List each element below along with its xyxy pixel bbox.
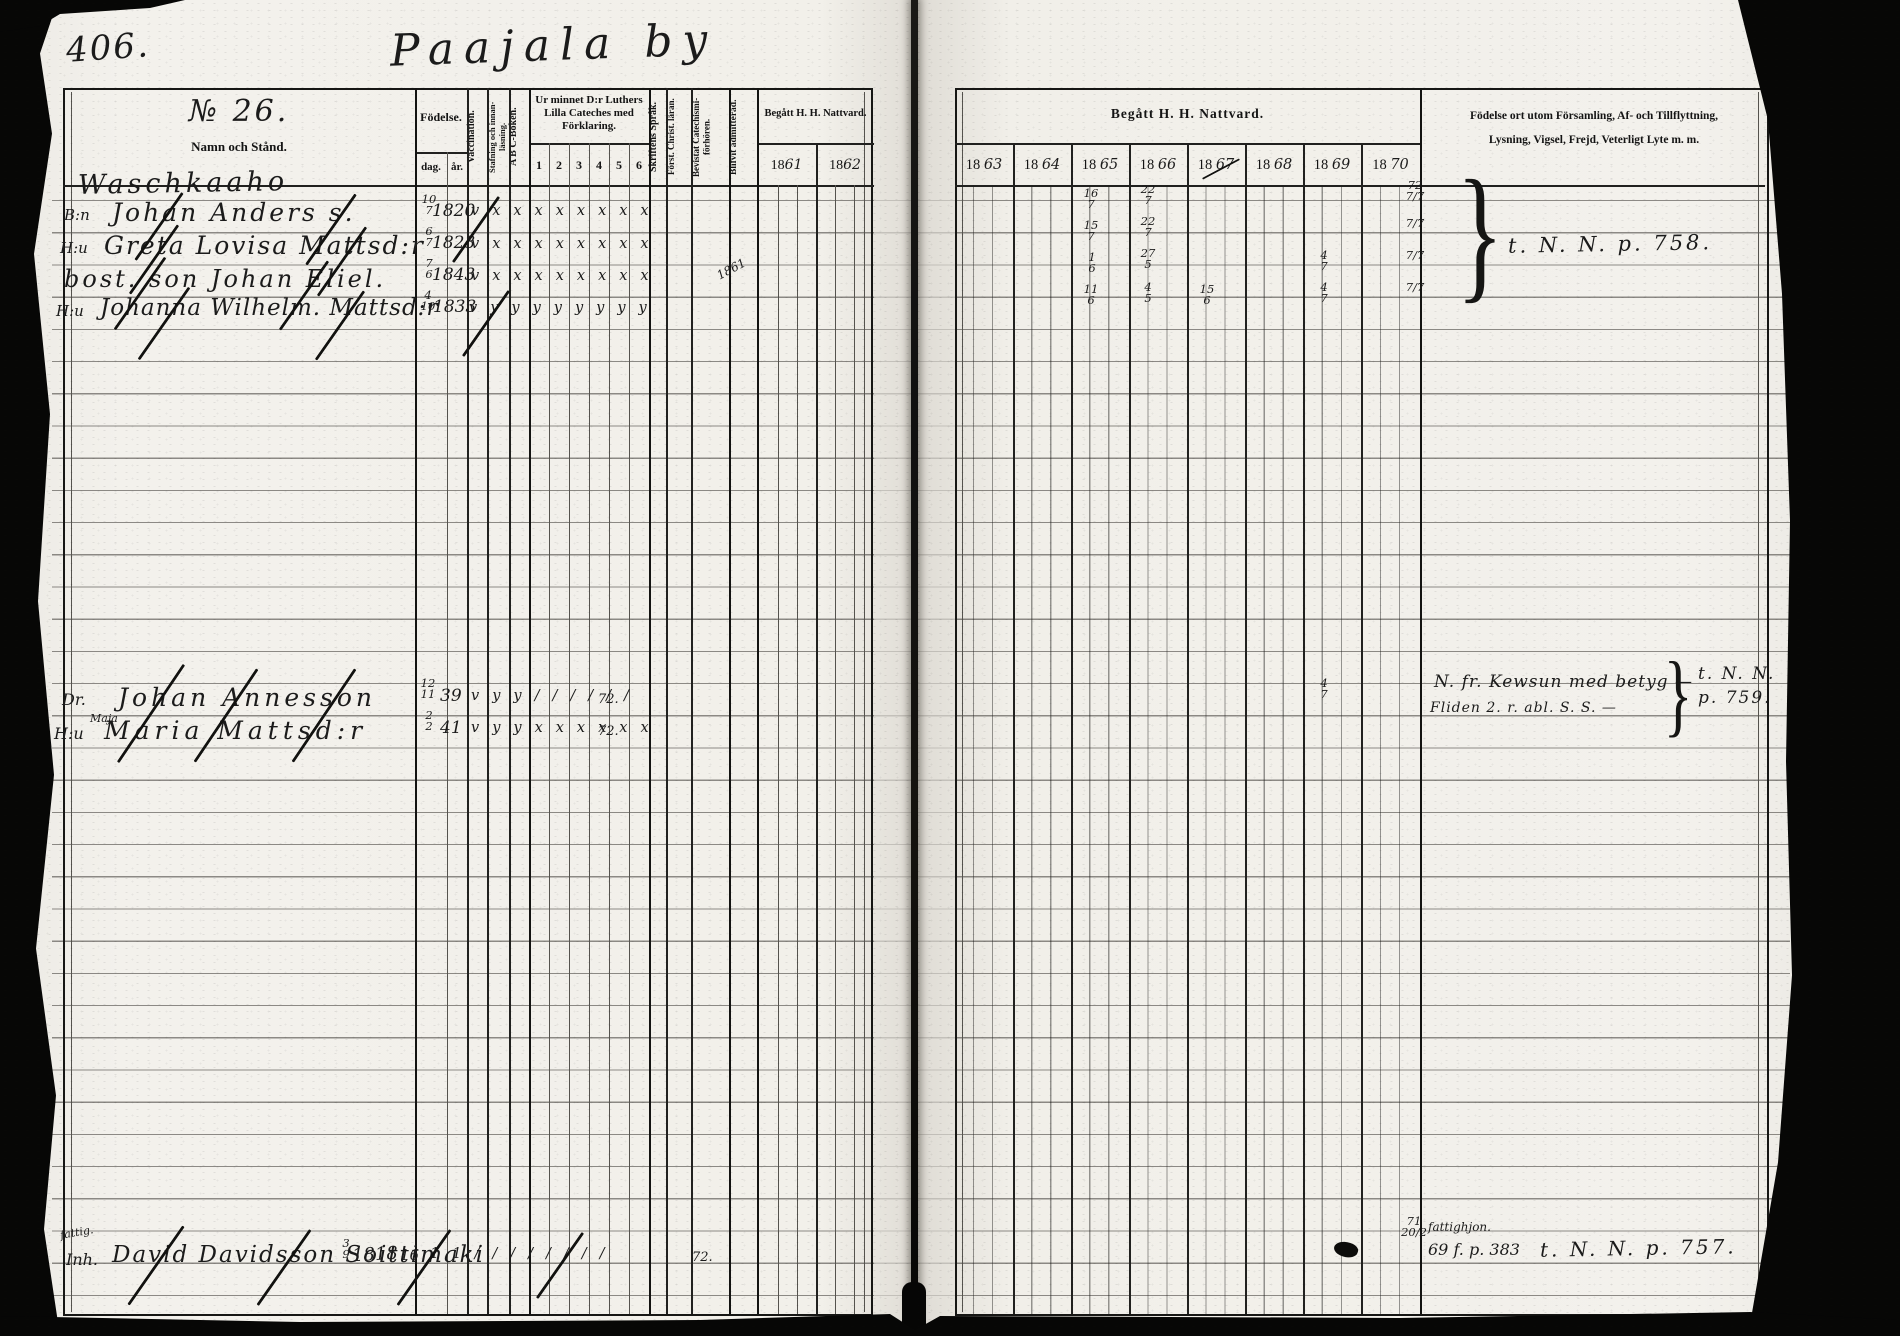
entry-row-1-birth-year: 1820 (432, 201, 475, 221)
entry-row-7-prefix: Inh. (66, 1250, 98, 1269)
row-1-communion-1865: 16 7 (1076, 188, 1106, 210)
year-1863-header: 18 63 (955, 157, 1013, 174)
year-1866-header: 18 66 (1129, 157, 1187, 174)
communion-group-header-right: Begått H. H. Nattvard. (955, 106, 1420, 122)
skriftens-sprak-column-header: Skriftens Språk. (649, 92, 666, 182)
bottom-note-small: fattighjon. (1428, 1220, 1491, 1234)
notes-column-header-line1: Födelse ort utom Församling, Af- och Til… (1424, 110, 1764, 122)
page-title: Paajala by (389, 14, 718, 76)
year-1870-header: 18 70 (1361, 157, 1420, 174)
year-1869-header: 18 69 (1303, 157, 1361, 174)
entry-row-5-prefix: Dr. (62, 690, 86, 709)
entry-row-3-birth-year: 1843 (432, 265, 475, 285)
year-1864-header: 18 64 (1013, 157, 1071, 174)
year-1861-header: 1861 (757, 157, 816, 174)
cateches-group-header: Ur minnet D:r Luthers Lilla Cateches med… (531, 94, 647, 133)
mid-note-reference: t. N. N. p. 759. (1698, 662, 1775, 710)
scanned-parish-register: 406. Paajala by № 26. Namn och Stånd. Fö… (0, 0, 1900, 1336)
entry-row-7-birth-year: 1818 (351, 1243, 398, 1266)
entry-row-7-marks: 11//////// (430, 1246, 618, 1262)
entry-row-5-birth-year: 39 (440, 686, 462, 706)
stafning-column-header: Stafning och innan-läsning. (487, 92, 509, 182)
year-1868-header: 18 68 (1245, 157, 1303, 174)
cateches-col-5: 5 (609, 158, 629, 173)
row-3-communion-1870: 7/7 (1400, 250, 1430, 261)
row-3-communion-1869: 4 7 (1310, 250, 1338, 272)
entry-row-2-prefix: H:u (60, 239, 88, 257)
entry-row-4-prefix: H:u (56, 302, 84, 320)
entry-row-7-extra-mark: 16 (400, 1246, 419, 1264)
cateches-col-1: 1 (529, 158, 549, 173)
row-2-communion-1866: 22 7 (1133, 216, 1163, 238)
bevistat-catechismi-column-header: Bevistat Catechismi-förhören. (691, 92, 729, 182)
birth-column-header: Födelse. (415, 110, 467, 125)
forst-christ-laran-column-header: Först. Christ. läran. (666, 92, 691, 182)
notes-column-header-line2: Lysning, Vigsel, Frejd, Veterligt Lyte m… (1424, 134, 1764, 146)
top-note-reference: t. N. N. p. 758. (1508, 230, 1712, 258)
entry-row-5-forhoren-mark: 72. (598, 692, 619, 707)
scan-edge-top-left (0, 0, 190, 32)
entry-row-7-forhoren-mark: 72. (692, 1250, 713, 1265)
farm-name: Waschkaaho (78, 166, 289, 201)
row-1-communion-1866: 22 7 (1133, 184, 1163, 206)
record-number: № 26. (63, 94, 415, 129)
row-2-communion-1865: 15 7 (1076, 220, 1106, 242)
row-4-communion-1870: 7/7 (1400, 282, 1430, 293)
cateches-col-2: 2 (549, 158, 569, 173)
row-1-communion-1870: 72 7/7 (1398, 180, 1432, 202)
cateches-col-6: 6 (629, 158, 649, 173)
page-fold (911, 0, 918, 1336)
entry-row-6-birth-day: 2 2 (416, 710, 442, 732)
mid-note-line2: Fliden 2. r. abl. S. S. — (1430, 700, 1617, 716)
entry-row-1-name: Johan Anders s. (112, 198, 356, 227)
entry-row-6-marks: vyyxxxxxx (471, 720, 662, 736)
bottom-note: 69 f. p. 383 (1428, 1240, 1520, 1259)
entry-row-1-prefix: B:n (64, 206, 90, 224)
entry-row-1-marks: vxxxxxxxx (471, 203, 662, 219)
abc-boken-column-header: A B C-Boken. (509, 92, 529, 182)
birth-year-header: år. (447, 161, 467, 173)
year-1865-header: 18 65 (1071, 157, 1129, 174)
cateches-col-4: 4 (589, 158, 609, 173)
row-2-communion-1870: 7/7 (1400, 218, 1430, 229)
entry-row-6-birth-year: 41 (440, 718, 462, 738)
row-7-communion-1870: 71 20/2 (1396, 1216, 1432, 1238)
row-4-communion-1867: 15 6 (1192, 284, 1222, 306)
mid-note-brace: } (1664, 648, 1693, 740)
mid-note-line1: N. fr. Kewsun med betyg — (1434, 672, 1693, 692)
year-1862-header: 1862 (816, 157, 874, 174)
row-4-communion-1865: 11 6 (1076, 284, 1106, 306)
entry-row-6-prefix: H:u (54, 724, 84, 743)
page-number: 406. (65, 25, 151, 71)
bottom-note-reference: t. N. N. p. 757. (1540, 1234, 1737, 1261)
row-3-communion-1866: 27 5 (1133, 248, 1163, 270)
top-note-brace: } (1457, 158, 1504, 308)
birth-day-header: dag. (415, 161, 447, 173)
row-5-communion-1869: 4 7 (1310, 678, 1338, 700)
row-3-communion-1865: 1 6 (1078, 252, 1106, 274)
cateches-col-3: 3 (569, 158, 589, 173)
entry-row-6-forhoren-mark: 72. (598, 724, 619, 739)
row-4-communion-1869: 4 7 (1310, 282, 1338, 304)
entry-row-2-marks: vxxxxxxxx (471, 236, 662, 252)
name-column-header: Namn och Stånd. (63, 139, 415, 155)
communion-group-header-left: Begått H. H. Nattvard. (757, 108, 874, 119)
entry-row-5-birth-day: 12 11 (414, 678, 442, 700)
entry-row-3-marks: vxxxxxxxx (471, 268, 662, 284)
row-4-communion-1866: 4 5 (1133, 282, 1163, 304)
entry-row-4-name: Johanna Wilhelm. Mattsd:r (100, 295, 438, 321)
blifvit-admitterad-column-header: Blifvit admitterad. (729, 92, 757, 182)
vaccination-column-header: Vaccination. (467, 92, 487, 182)
